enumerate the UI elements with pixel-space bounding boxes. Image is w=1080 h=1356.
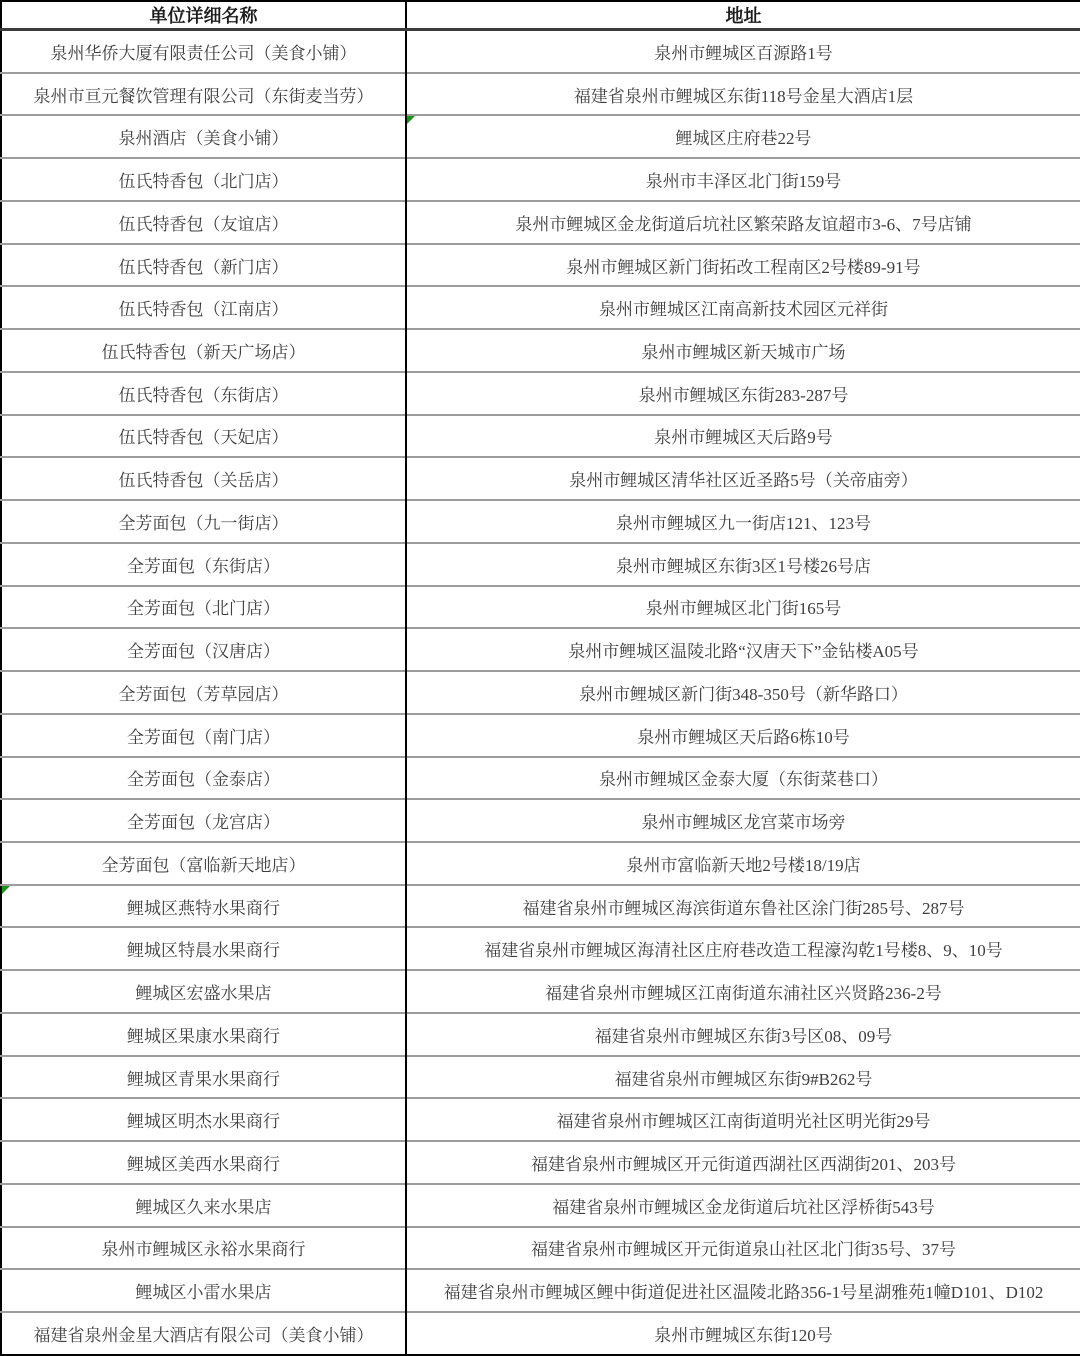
- unit-name-text: 泉州华侨大厦有限责任公司（美食小铺）: [51, 44, 357, 63]
- address-cell: 泉州市鲤城区东街120号: [406, 1312, 1080, 1355]
- address-text: 泉州市鲤城区九一街店121、123号: [616, 514, 871, 533]
- address-cell: 泉州市鲤城区龙宫菜市场旁: [406, 799, 1080, 842]
- unit-name-cell: 伍氏特香包（关岳店）: [1, 457, 406, 500]
- unit-name-cell: 鲤城区美西水果商行: [1, 1141, 406, 1184]
- address-text: 泉州市鲤城区天后路9号: [654, 428, 833, 447]
- address-text: 福建省泉州市鲤城区金龙街道后坑社区浮桥街543号: [552, 1198, 935, 1217]
- unit-name-cell: 全芳面包（东街店）: [1, 543, 406, 586]
- unit-name-cell: 鲤城区燕特水果商行: [1, 885, 406, 928]
- unit-name-text: 全芳面包（北门店）: [127, 599, 280, 618]
- address-cell: 泉州市鲤城区金龙街道后坑社区繁荣路友谊超市3-6、7号店铺: [406, 201, 1080, 244]
- address-cell: 泉州市鲤城区东街3区1号楼26号店: [406, 543, 1080, 586]
- unit-name-cell: 泉州市鲤城区永裕水果商行: [1, 1227, 406, 1270]
- unit-name-text: 伍氏特香包（关岳店）: [119, 471, 289, 490]
- address-cell: 泉州市鲤城区新天城市广场: [406, 329, 1080, 372]
- unit-name-cell: 伍氏特香包（东街店）: [1, 372, 406, 415]
- unit-name-text: 泉州市亘元餐饮管理有限公司（东街麦当劳）: [34, 87, 374, 106]
- unit-name-cell: 全芳面包（富临新天地店）: [1, 842, 406, 885]
- address-cell: 泉州市鲤城区清华社区近圣路5号（关帝庙旁）: [406, 457, 1080, 500]
- address-text: 福建省泉州市鲤城区开元街道泉山社区北门街35号、37号: [531, 1240, 956, 1259]
- unit-name-cell: 伍氏特香包（江南店）: [1, 286, 406, 329]
- unit-name-cell: 全芳面包（芳草园店）: [1, 671, 406, 714]
- table-row: 全芳面包（金泰店） 泉州市鲤城区金泰大厦（东街菜巷口）: [1, 757, 1080, 800]
- unit-name-cell: 福建省泉州金星大酒店有限公司（美食小铺）: [1, 1312, 406, 1355]
- unit-name-cell: 鲤城区果康水果商行: [1, 1013, 406, 1056]
- unit-name-cell: 泉州华侨大厦有限责任公司（美食小铺）: [1, 30, 406, 73]
- unit-name-cell: 鲤城区宏盛水果店: [1, 970, 406, 1013]
- address-cell: 泉州市丰泽区北门街159号: [406, 158, 1080, 201]
- table-row: 伍氏特香包（北门店） 泉州市丰泽区北门街159号: [1, 158, 1080, 201]
- table-row: 泉州华侨大厦有限责任公司（美食小铺） 泉州市鲤城区百源路1号: [1, 30, 1080, 73]
- table-row: 伍氏特香包（友谊店） 泉州市鲤城区金龙街道后坑社区繁荣路友谊超市3-6、7号店铺: [1, 201, 1080, 244]
- table-row: 伍氏特香包（天妃店） 泉州市鲤城区天后路9号: [1, 415, 1080, 458]
- unit-name-cell: 鲤城区特晨水果商行: [1, 927, 406, 970]
- address-text: 福建省泉州市鲤城区鲤中街道促进社区温陵北路356-1号星湖雅苑1幢D101、D1…: [444, 1283, 1044, 1302]
- address-text: 泉州市丰泽区北门街159号: [646, 172, 842, 191]
- address-cell: 福建省泉州市鲤城区海清社区庄府巷改造工程濠沟乾1号楼8、9、10号: [406, 927, 1080, 970]
- address-cell: 福建省泉州市鲤城区开元街道泉山社区北门街35号、37号: [406, 1227, 1080, 1270]
- table-row: 泉州市鲤城区永裕水果商行 福建省泉州市鲤城区开元街道泉山社区北门街35号、37号: [1, 1227, 1080, 1270]
- address-text: 鲤城区庄府巷22号: [676, 129, 812, 148]
- unit-name-text: 鲤城区美西水果商行: [127, 1155, 280, 1174]
- unit-name-text: 伍氏特香包（东街店）: [119, 386, 289, 405]
- table-row: 伍氏特香包（江南店） 泉州市鲤城区江南高新技术园区元祥街: [1, 286, 1080, 329]
- table-row: 全芳面包（龙宫店） 泉州市鲤城区龙宫菜市场旁: [1, 799, 1080, 842]
- table-body: 泉州华侨大厦有限责任公司（美食小铺） 泉州市鲤城区百源路1号 泉州市亘元餐饮管理…: [1, 30, 1080, 1356]
- table-row: 鲤城区久来水果店 福建省泉州市鲤城区金龙街道后坑社区浮桥街543号: [1, 1184, 1080, 1227]
- unit-name-cell: 鲤城区久来水果店: [1, 1184, 406, 1227]
- address-text: 福建省泉州市鲤城区海滨街道东鲁社区涂门街285号、287号: [523, 899, 965, 918]
- table-row: 鲤城区明杰水果商行 福建省泉州市鲤城区江南街道明光社区明光街29号: [1, 1098, 1080, 1141]
- address-cell: 泉州市鲤城区天后路6栋10号: [406, 714, 1080, 757]
- unit-name-text: 伍氏特香包（友谊店）: [119, 215, 289, 234]
- address-text: 泉州市鲤城区金泰大厦（东街菜巷口）: [599, 770, 888, 789]
- address-text: 福建省泉州市鲤城区东街118号金星大酒店1层: [574, 87, 913, 106]
- address-cell: 泉州市鲤城区新门街348-350号（新华路口）: [406, 671, 1080, 714]
- address-text: 泉州市鲤城区江南高新技术园区元祥街: [599, 300, 888, 319]
- unit-name-text: 鲤城区久来水果店: [136, 1198, 272, 1217]
- address-cell: 福建省泉州市鲤城区江南街道明光社区明光街29号: [406, 1098, 1080, 1141]
- address-text: 泉州市富临新天地2号楼18/19店: [626, 856, 860, 875]
- table-row: 全芳面包（北门店） 泉州市鲤城区北门街165号: [1, 586, 1080, 629]
- header-unit-name: 单位详细名称: [1, 1, 406, 30]
- table-row: 鲤城区特晨水果商行 福建省泉州市鲤城区海清社区庄府巷改造工程濠沟乾1号楼8、9、…: [1, 927, 1080, 970]
- address-cell: 泉州市鲤城区东街283-287号: [406, 372, 1080, 415]
- address-cell: 泉州市鲤城区百源路1号: [406, 30, 1080, 73]
- unit-name-text: 伍氏特香包（新门店）: [119, 258, 289, 277]
- unit-name-cell: 伍氏特香包（友谊店）: [1, 201, 406, 244]
- address-cell: 泉州市鲤城区温陵北路“汉唐天下”金钻楼A05号: [406, 628, 1080, 671]
- unit-name-text: 全芳面包（龙宫店）: [127, 813, 280, 832]
- unit-name-text: 全芳面包（芳草园店）: [119, 685, 289, 704]
- unit-name-text: 全芳面包（金泰店）: [127, 770, 280, 789]
- table-row: 福建省泉州金星大酒店有限公司（美食小铺） 泉州市鲤城区东街120号: [1, 1312, 1080, 1355]
- table-row: 鲤城区燕特水果商行 福建省泉州市鲤城区海滨街道东鲁社区涂门街285号、287号: [1, 885, 1080, 928]
- address-text: 泉州市鲤城区清华社区近圣路5号（关帝庙旁）: [569, 471, 918, 490]
- unit-name-cell: 全芳面包（汉唐店）: [1, 628, 406, 671]
- unit-name-text: 鲤城区特晨水果商行: [127, 941, 280, 960]
- unit-name-text: 鲤城区宏盛水果店: [136, 984, 272, 1003]
- address-text: 福建省泉州市鲤城区东街3号区08、09号: [595, 1027, 893, 1046]
- unit-name-cell: 泉州酒店（美食小铺）: [1, 115, 406, 158]
- unit-name-text: 伍氏特香包（北门店）: [119, 172, 289, 191]
- address-text: 福建省泉州市鲤城区江南街道明光社区明光街29号: [557, 1112, 931, 1131]
- address-cell: 福建省泉州市鲤城区东街3号区08、09号: [406, 1013, 1080, 1056]
- address-text: 泉州市鲤城区新门街拓改工程南区2号楼89-91号: [566, 258, 920, 277]
- table-row: 伍氏特香包（新门店） 泉州市鲤城区新门街拓改工程南区2号楼89-91号: [1, 244, 1080, 287]
- table-row: 伍氏特香包（东街店） 泉州市鲤城区东街283-287号: [1, 372, 1080, 415]
- address-text: 福建省泉州市鲤城区东街9#B262号: [615, 1070, 873, 1089]
- unit-name-text: 鲤城区小雷水果店: [136, 1283, 272, 1302]
- table-row: 全芳面包（东街店） 泉州市鲤城区东街3区1号楼26号店: [1, 543, 1080, 586]
- address-text: 泉州市鲤城区新门街348-350号（新华路口）: [579, 685, 908, 704]
- unit-name-cell: 全芳面包（金泰店）: [1, 757, 406, 800]
- unit-name-text: 福建省泉州金星大酒店有限公司（美食小铺）: [34, 1326, 374, 1345]
- table-row: 鲤城区果康水果商行 福建省泉州市鲤城区东街3号区08、09号: [1, 1013, 1080, 1056]
- table-row: 全芳面包（南门店） 泉州市鲤城区天后路6栋10号: [1, 714, 1080, 757]
- header-row: 单位详细名称 地址: [1, 1, 1080, 30]
- address-cell: 福建省泉州市鲤城区东街118号金星大酒店1层: [406, 73, 1080, 116]
- table-row: 伍氏特香包（新天广场店） 泉州市鲤城区新天城市广场: [1, 329, 1080, 372]
- unit-name-cell: 伍氏特香包（天妃店）: [1, 415, 406, 458]
- address-cell: 福建省泉州市鲤城区金龙街道后坑社区浮桥街543号: [406, 1184, 1080, 1227]
- address-cell: 泉州市鲤城区江南高新技术园区元祥街: [406, 286, 1080, 329]
- unit-name-text: 全芳面包（富临新天地店）: [102, 856, 306, 875]
- unit-name-text: 鲤城区果康水果商行: [127, 1027, 280, 1046]
- address-text: 泉州市鲤城区东街120号: [654, 1326, 833, 1345]
- cell-error-flag-icon: [407, 116, 415, 124]
- unit-name-cell: 泉州市亘元餐饮管理有限公司（东街麦当劳）: [1, 73, 406, 116]
- unit-name-text: 全芳面包（南门店）: [127, 728, 280, 747]
- unit-name-cell: 鲤城区小雷水果店: [1, 1269, 406, 1312]
- address-cell: 泉州市鲤城区天后路9号: [406, 415, 1080, 458]
- address-text: 泉州市鲤城区天后路6栋10号: [637, 728, 850, 747]
- table-row: 全芳面包（汉唐店） 泉州市鲤城区温陵北路“汉唐天下”金钻楼A05号: [1, 628, 1080, 671]
- unit-name-text: 全芳面包（九一街店）: [119, 514, 289, 533]
- address-cell: 泉州市鲤城区北门街165号: [406, 586, 1080, 629]
- address-text: 泉州市鲤城区龙宫菜市场旁: [642, 813, 846, 832]
- table-row: 鲤城区美西水果商行 福建省泉州市鲤城区开元街道西湖社区西湖街201、203号: [1, 1141, 1080, 1184]
- address-text: 泉州市鲤城区北门街165号: [646, 599, 842, 618]
- unit-name-text: 伍氏特香包（天妃店）: [119, 428, 289, 447]
- address-text: 福建省泉州市鲤城区开元街道西湖社区西湖街201、203号: [531, 1155, 956, 1174]
- table-row: 全芳面包（九一街店） 泉州市鲤城区九一街店121、123号: [1, 500, 1080, 543]
- business-address-table: 单位详细名称 地址 泉州华侨大厦有限责任公司（美食小铺） 泉州市鲤城区百源路1号…: [0, 0, 1080, 1356]
- address-cell: 福建省泉州市鲤城区江南街道东浦社区兴贤路236-2号: [406, 970, 1080, 1013]
- address-text: 福建省泉州市鲤城区海清社区庄府巷改造工程濠沟乾1号楼8、9、10号: [484, 941, 1003, 960]
- unit-name-text: 泉州酒店（美食小铺）: [119, 129, 289, 148]
- unit-name-cell: 伍氏特香包（新门店）: [1, 244, 406, 287]
- cell-error-flag-icon: [2, 886, 10, 894]
- table-row: 鲤城区小雷水果店 福建省泉州市鲤城区鲤中街道促进社区温陵北路356-1号星湖雅苑…: [1, 1269, 1080, 1312]
- address-cell: 泉州市富临新天地2号楼18/19店: [406, 842, 1080, 885]
- address-text: 泉州市鲤城区新天城市广场: [642, 343, 846, 362]
- address-cell: 鲤城区庄府巷22号: [406, 115, 1080, 158]
- unit-name-text: 鲤城区明杰水果商行: [127, 1112, 280, 1131]
- table-row: 全芳面包（富临新天地店） 泉州市富临新天地2号楼18/19店: [1, 842, 1080, 885]
- table-row: 鲤城区青果水果商行 福建省泉州市鲤城区东街9#B262号: [1, 1056, 1080, 1099]
- unit-name-cell: 全芳面包（北门店）: [1, 586, 406, 629]
- header-address: 地址: [406, 1, 1080, 30]
- address-cell: 福建省泉州市鲤城区东街9#B262号: [406, 1056, 1080, 1099]
- unit-name-cell: 全芳面包（九一街店）: [1, 500, 406, 543]
- unit-name-cell: 伍氏特香包（新天广场店）: [1, 329, 406, 372]
- table-row: 鲤城区宏盛水果店 福建省泉州市鲤城区江南街道东浦社区兴贤路236-2号: [1, 970, 1080, 1013]
- unit-name-text: 伍氏特香包（新天广场店）: [102, 343, 306, 362]
- address-text: 泉州市鲤城区金龙街道后坑社区繁荣路友谊超市3-6、7号店铺: [515, 215, 971, 234]
- table-row: 泉州市亘元餐饮管理有限公司（东街麦当劳） 福建省泉州市鲤城区东街118号金星大酒…: [1, 73, 1080, 116]
- table-row: 泉州酒店（美食小铺） 鲤城区庄府巷22号: [1, 115, 1080, 158]
- address-text: 泉州市鲤城区百源路1号: [654, 44, 833, 63]
- unit-name-cell: 鲤城区青果水果商行: [1, 1056, 406, 1099]
- address-text: 泉州市鲤城区东街283-287号: [639, 386, 849, 405]
- address-cell: 泉州市鲤城区新门街拓改工程南区2号楼89-91号: [406, 244, 1080, 287]
- unit-name-text: 泉州市鲤城区永裕水果商行: [102, 1240, 306, 1259]
- address-cell: 福建省泉州市鲤城区鲤中街道促进社区温陵北路356-1号星湖雅苑1幢D101、D1…: [406, 1269, 1080, 1312]
- address-text: 泉州市鲤城区东街3区1号楼26号店: [616, 557, 871, 576]
- unit-name-text: 伍氏特香包（江南店）: [119, 300, 289, 319]
- unit-name-cell: 伍氏特香包（北门店）: [1, 158, 406, 201]
- unit-name-text: 全芳面包（汉唐店）: [127, 642, 280, 661]
- unit-name-text: 鲤城区燕特水果商行: [127, 899, 280, 918]
- address-text: 泉州市鲤城区温陵北路“汉唐天下”金钻楼A05号: [568, 642, 918, 661]
- unit-name-text: 鲤城区青果水果商行: [127, 1070, 280, 1089]
- address-cell: 福建省泉州市鲤城区海滨街道东鲁社区涂门街285号、287号: [406, 885, 1080, 928]
- address-cell: 福建省泉州市鲤城区开元街道西湖社区西湖街201、203号: [406, 1141, 1080, 1184]
- table-row: 全芳面包（芳草园店） 泉州市鲤城区新门街348-350号（新华路口）: [1, 671, 1080, 714]
- table-row: 伍氏特香包（关岳店） 泉州市鲤城区清华社区近圣路5号（关帝庙旁）: [1, 457, 1080, 500]
- unit-name-cell: 全芳面包（龙宫店）: [1, 799, 406, 842]
- address-cell: 泉州市鲤城区九一街店121、123号: [406, 500, 1080, 543]
- unit-name-text: 全芳面包（东街店）: [127, 557, 280, 576]
- unit-name-cell: 鲤城区明杰水果商行: [1, 1098, 406, 1141]
- address-cell: 泉州市鲤城区金泰大厦（东街菜巷口）: [406, 757, 1080, 800]
- address-text: 福建省泉州市鲤城区江南街道东浦社区兴贤路236-2号: [545, 984, 942, 1003]
- unit-name-cell: 全芳面包（南门店）: [1, 714, 406, 757]
